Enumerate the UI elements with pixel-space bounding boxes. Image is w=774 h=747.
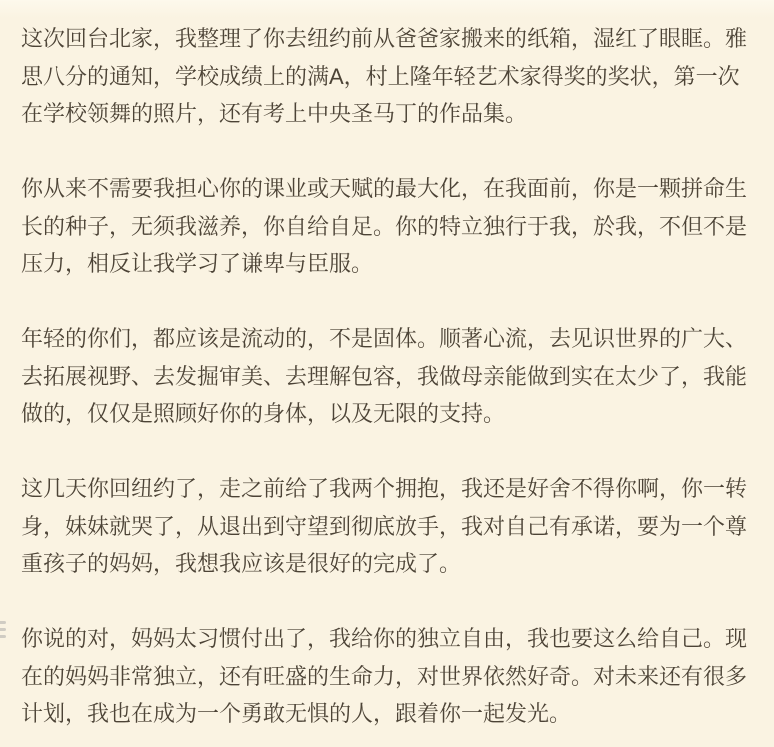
paragraph-1: 这次回台北家，我整理了你去纽约前从爸爸家搬来的纸箱，湿红了眼眶。雅思八分的通知，… — [21, 20, 753, 133]
left-edge-clipped-icon — [0, 621, 8, 642]
clipped-mark-line — [0, 628, 6, 631]
article-page: 这次回台北家，我整理了你去纽约前从爸爸家搬来的纸箱，湿红了眼眶。雅思八分的通知，… — [0, 0, 774, 747]
clipped-mark-line — [0, 621, 6, 624]
paragraph-3: 年轻的你们，都应该是流动的，不是固体。顺著心流，去见识世界的广大、去拓展视野、去… — [21, 320, 753, 433]
letter-body: 这次回台北家，我整理了你去纽约前从爸爸家搬来的纸箱，湿红了眼眶。雅思八分的通知，… — [21, 20, 753, 733]
clipped-mark-line — [0, 635, 6, 638]
paragraph-5: 你说的对，妈妈太习惯付出了，我给你的独立自由，我也要这么给自己。现在的妈妈非常独… — [21, 620, 753, 733]
paragraph-2: 你从来不需要我担心你的课业或天赋的最大化，在我面前，你是一颗拼命生长的种子，无须… — [21, 170, 753, 283]
paragraph-4: 这几天你回纽约了，走之前给了我两个拥抱，我还是好舍不得你啊，你一转身，妹妹就哭了… — [21, 470, 753, 583]
